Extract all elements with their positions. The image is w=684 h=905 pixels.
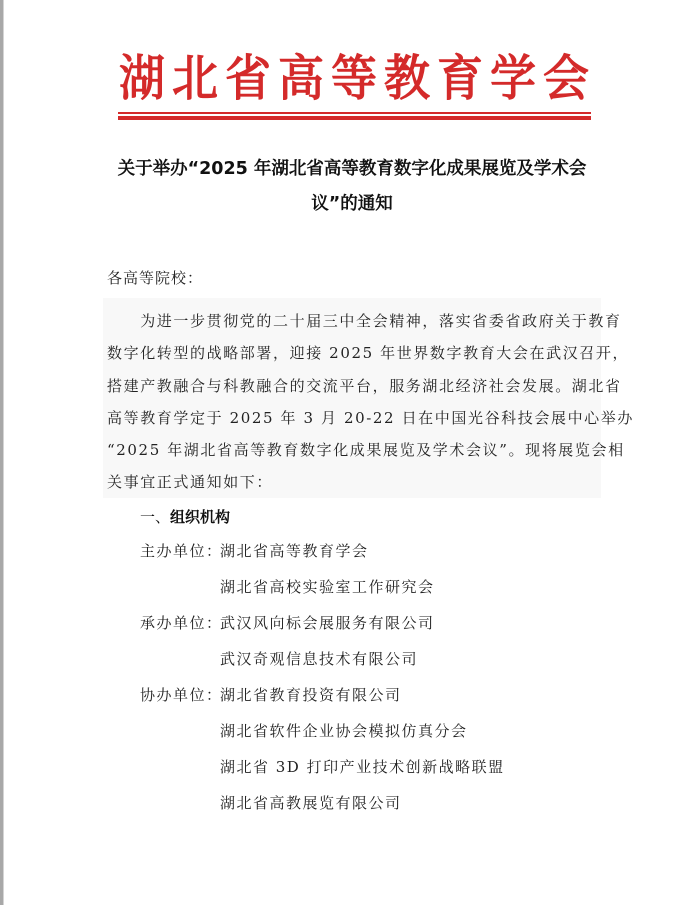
org-label-host: 主办单位： [140, 541, 220, 561]
paragraph-line: “2025 年湖北省高等教育数字化成果展览及学术会议”。现将展览会相 [107, 434, 597, 466]
notice-title: 关于举办“2025 年湖北省高等教育数字化成果展览及学术会 议”的通知 [96, 152, 608, 222]
section-heading-organization: 一、组织机构 [140, 505, 230, 529]
letterhead-char: 北 [171, 48, 219, 107]
letterhead-char: 育 [436, 48, 484, 107]
org-row-co-organizer-4: 湖北省高教展览有限公司 [140, 793, 402, 813]
letterhead-char: 等 [330, 48, 378, 107]
salutation: 各高等院校： [107, 268, 203, 288]
letterhead-char: 省 [224, 48, 272, 107]
org-value: 湖北省 3D 打印产业技术创新战略联盟 [220, 757, 505, 777]
org-value: 武汉风向标会展服务有限公司 [220, 613, 435, 633]
letterhead-char: 教 [383, 48, 431, 107]
paragraph-line: 数字化转型的战略部署，迎接 2025 年世界数字教育大会在武汉召开， [107, 337, 597, 369]
section-heading-text: 组织机构 [170, 508, 230, 526]
letterhead-char: 高 [277, 48, 325, 107]
letterhead-org-name: 湖 北 省 高 等 教 育 学 会 [118, 48, 590, 107]
notice-title-line-1: 关于举办“2025 年湖北省高等教育数字化成果展览及学术会 [96, 152, 608, 187]
letterhead-char: 湖 [118, 48, 166, 107]
org-row-co-organizer-2: 湖北省软件企业协会模拟仿真分会 [140, 721, 468, 741]
org-label-organizer: 承办单位： [140, 613, 220, 633]
intro-paragraph: 为进一步贯彻党的二十届三中全会精神，落实省委省政府关于教育 数字化转型的战略部署… [107, 305, 597, 499]
notice-title-line-2: 议”的通知 [96, 187, 608, 222]
letterhead-rule-thin [118, 112, 591, 114]
org-value: 武汉奇观信息技术有限公司 [220, 649, 418, 669]
org-row-host-2: 湖北省高校实验室工作研究会 [140, 577, 435, 597]
org-value: 湖北省高教展览有限公司 [220, 793, 402, 813]
paragraph-line: 搭建产教融合与科教融合的交流平台，服务湖北经济社会发展。湖北省 [107, 370, 597, 402]
org-value: 湖北省软件企业协会模拟仿真分会 [220, 721, 468, 741]
org-value: 湖北省教育投资有限公司 [220, 685, 402, 705]
letterhead-char: 学 [489, 48, 537, 107]
org-row-host: 主办单位：湖北省高等教育学会 [140, 541, 369, 561]
org-row-co-organizer-3: 湖北省 3D 打印产业技术创新战略联盟 [140, 757, 505, 777]
org-value: 湖北省高校实验室工作研究会 [220, 577, 435, 597]
org-label-co-organizer: 协办单位： [140, 685, 220, 705]
org-row-organizer: 承办单位：武汉风向标会展服务有限公司 [140, 613, 435, 633]
paragraph-line: 关事宜正式通知如下： [107, 466, 597, 498]
page-left-border [0, 0, 4, 905]
paragraph-line: 高等教育学定于 2025 年 3 月 20-22 日在中国光谷科技会展中心举办 [107, 402, 597, 434]
section-number: 一、 [140, 508, 170, 526]
org-row-co-organizer: 协办单位：湖北省教育投资有限公司 [140, 685, 402, 705]
letterhead-rule-thick [118, 116, 591, 120]
paragraph-line: 为进一步贯彻党的二十届三中全会精神，落实省委省政府关于教育 [107, 305, 597, 337]
letterhead-char: 会 [542, 48, 590, 107]
org-row-organizer-2: 武汉奇观信息技术有限公司 [140, 649, 418, 669]
org-value: 湖北省高等教育学会 [220, 541, 369, 561]
